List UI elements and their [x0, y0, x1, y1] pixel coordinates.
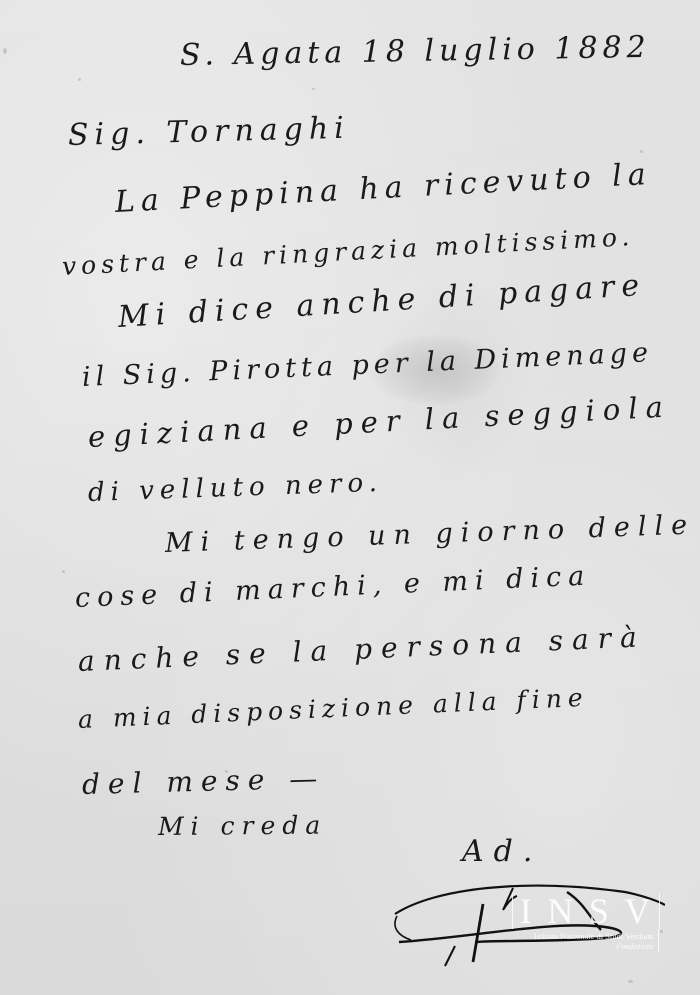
body-line-2: vostra e la ringrazia moltissimo.: [61, 222, 635, 281]
body-line-11: del mese —: [82, 762, 326, 801]
paper-speck: [3, 48, 7, 54]
watermark-letter: N: [547, 893, 575, 929]
body-line-5: egiziana e per la seggiola: [87, 389, 671, 453]
closing: Ad.: [462, 834, 542, 869]
insv-watermark: I N S V Istituto Nazionale di Studi Verd…: [512, 893, 662, 955]
body-line-4: il Sig. Pirotta per la Dimenage: [81, 337, 653, 393]
body-line-8: cose di marchi, e mi dica: [74, 560, 592, 614]
signature: G. Verdi: [470, 892, 498, 893]
body-line-12: Mi creda: [158, 811, 327, 841]
watermark-letter: I: [520, 893, 534, 929]
body-line-6: di velluto nero.: [87, 468, 383, 508]
watermark-institution: Istituto Nazionale di Studi Verdiani: [512, 931, 654, 941]
body-line-10: a mia disposizione alla fine: [77, 683, 589, 734]
watermark-rule: [658, 929, 659, 953]
watermark-subtitle: Fondazione: [512, 942, 654, 952]
paper-speck: [640, 150, 643, 153]
paper-speck: [312, 88, 315, 90]
salutation: Sig. Tornaghi: [68, 111, 351, 153]
body-line-7: Mi tengo un giorno delle: [164, 509, 695, 558]
letter-page: S. Agata 18 luglio 1882 Sig. Tornaghi La…: [0, 0, 700, 995]
body-line-9: anche se la persona sarà: [77, 620, 646, 678]
body-line-1: La Peppina ha ricevuto la: [114, 157, 652, 220]
watermark-letter: V: [624, 893, 652, 929]
watermark-letter: S: [589, 893, 611, 929]
paper-speck: [78, 78, 81, 81]
place-date: S. Agata 18 luglio 1882: [180, 30, 651, 73]
watermark-letters: I N S V: [512, 893, 660, 929]
paper-speck: [628, 980, 633, 983]
paper-speck: [62, 570, 65, 573]
body-line-3: Mi dice anche di pagare: [117, 268, 647, 335]
